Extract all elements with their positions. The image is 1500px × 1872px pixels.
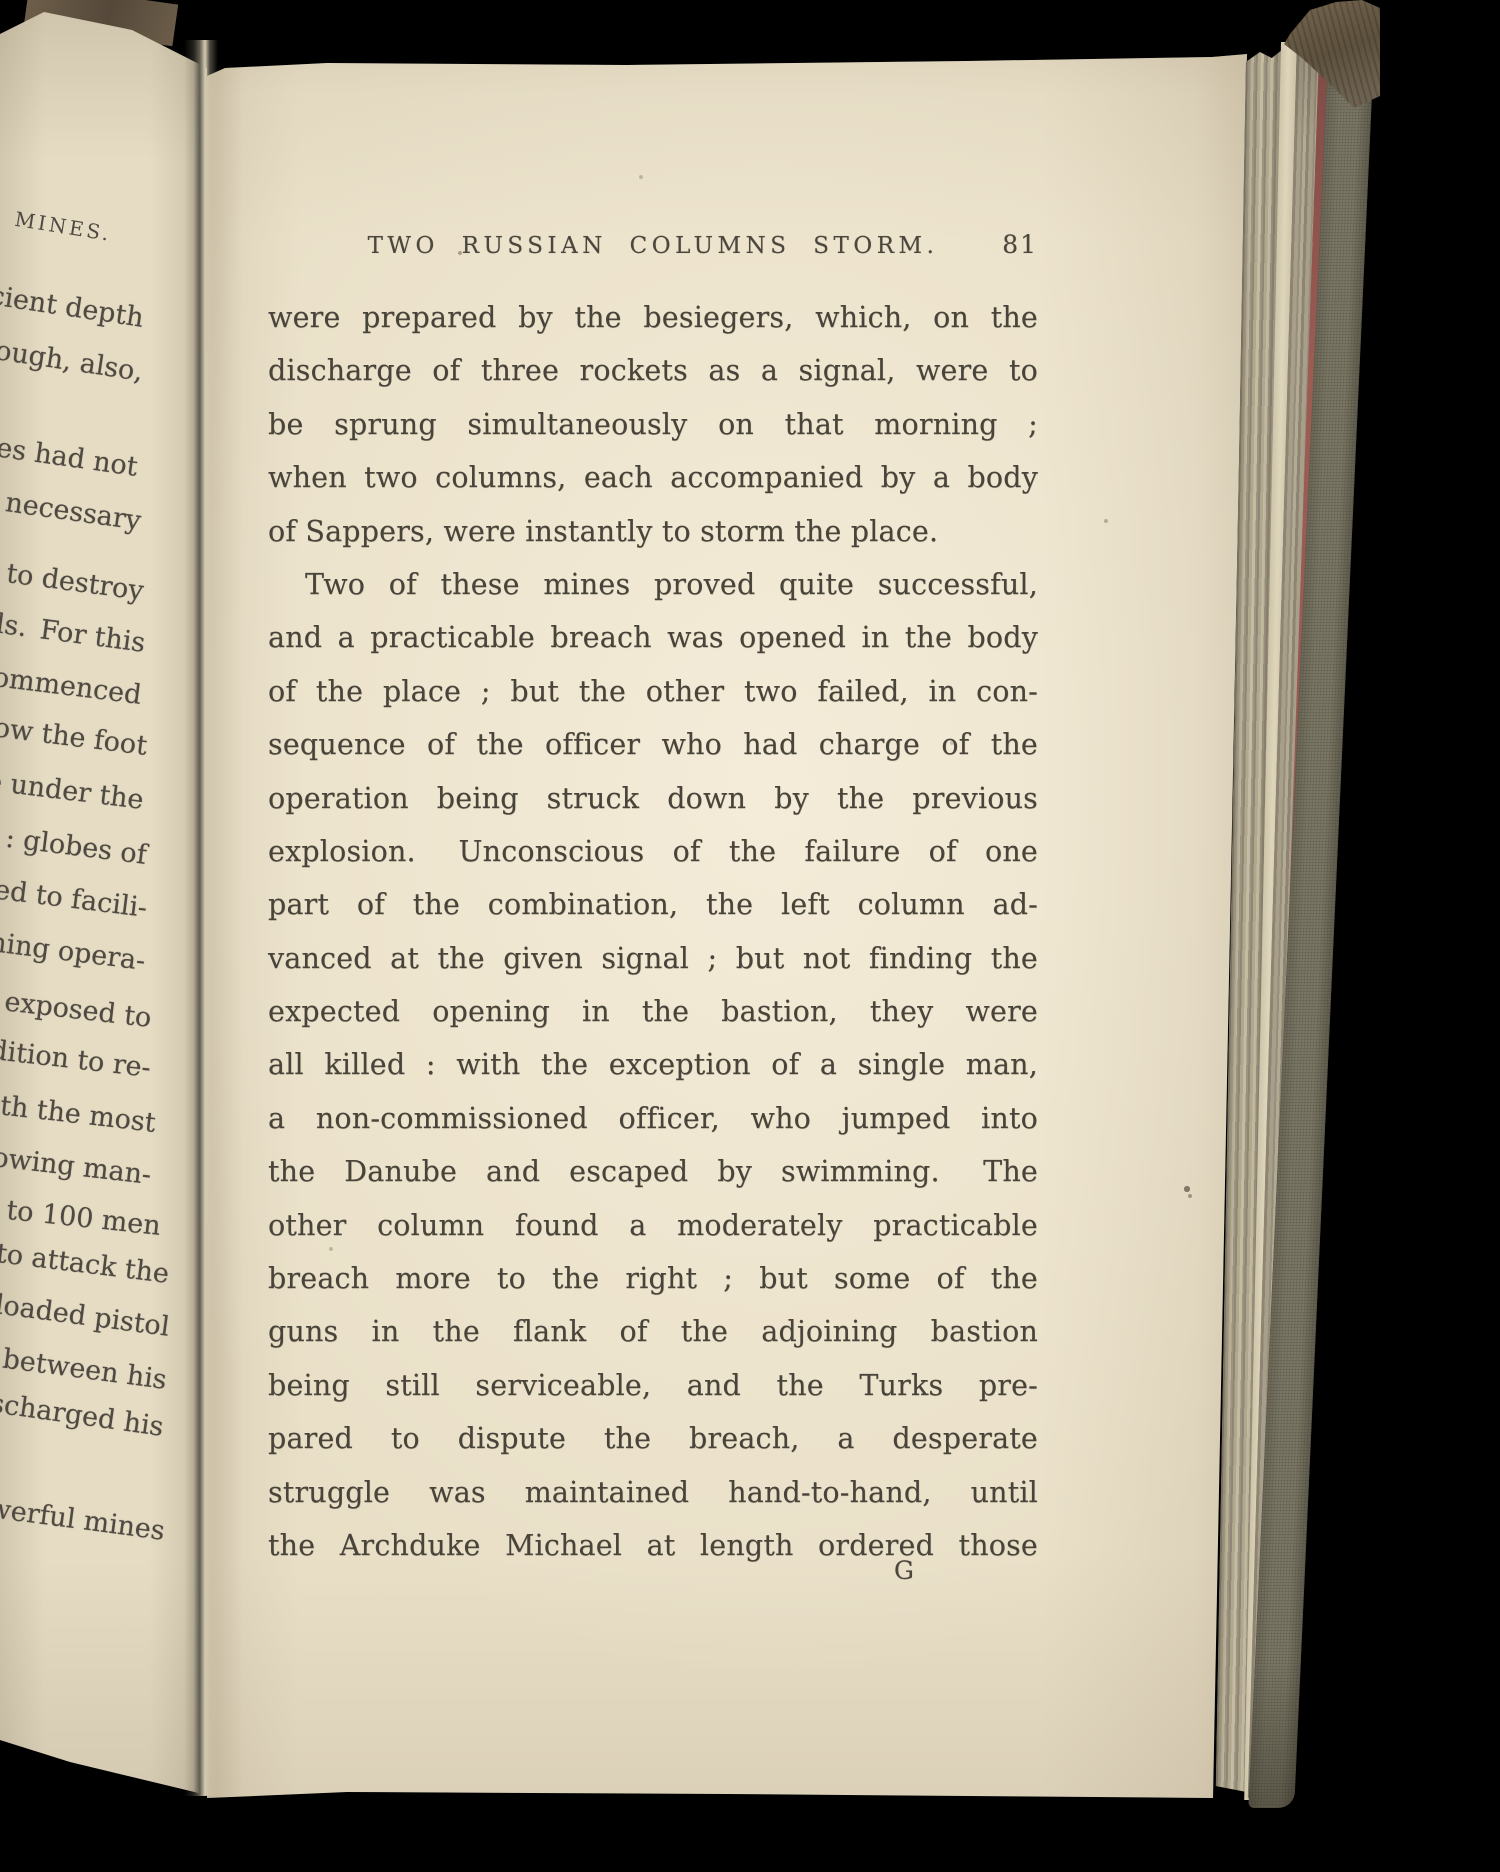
ink-specks: [0, 0, 2, 2]
left-page-line: discharged his: [0, 1384, 165, 1443]
left-page-line: ollowing man-: [0, 1138, 153, 1191]
body-text-line: struggle was maintained hand-to-hand, un…: [268, 1466, 1038, 1519]
left-page-line: ntly exposed to: [0, 980, 153, 1034]
body-text-line: part of the combination, the left column…: [268, 878, 1038, 931]
body-text-line: were prepared by the besiegers, which, o…: [268, 291, 1038, 344]
body-text-line: expected opening in the bastion, they we…: [268, 985, 1038, 1038]
body-text-line: and a practicable breach was opened in t…: [268, 611, 1038, 664]
running-header-title: TWO RUSSIAN COLUMNS STORM.: [268, 233, 1038, 259]
signature-mark: G: [884, 1556, 924, 1585]
left-page-line: sufficient depth: [0, 271, 145, 333]
body-text-line: being still serviceable, and the Turks p…: [268, 1359, 1038, 1412]
left-page-line: ce under the: [0, 764, 145, 816]
body-text-line: operation being struck down by the previ…: [268, 772, 1038, 825]
left-page-line: en commenced: [0, 655, 143, 711]
left-page-line: tteries had not: [0, 424, 139, 483]
body-text-line: all killed : with the exception of a sin…: [268, 1038, 1038, 1091]
left-page-line: a loaded pistol: [0, 1286, 171, 1343]
body-text-line: sequence of the officer who had charge o…: [268, 718, 1038, 771]
page-number: 81: [1002, 230, 1038, 259]
left-page-line: r between his: [0, 1341, 169, 1396]
body-text-line: of Sappers, were instantly to storm the …: [268, 505, 1038, 558]
left-page-line: came necessary: [0, 476, 143, 537]
body-text-line: of the place ; but the other two failed,…: [268, 665, 1038, 718]
left-page-line: alls. For this: [0, 605, 147, 659]
left-page: O MINES. sufficient depthe enough, also,…: [0, 0, 207, 1810]
body-text-line: when two columns, each accompanied by a …: [268, 451, 1038, 504]
body-text: were prepared by the besiegers, which, o…: [268, 291, 1038, 1572]
running-header: TWO RUSSIAN COLUMNS STORM. 81: [268, 233, 1038, 275]
left-page-line: h to attack the: [0, 1235, 171, 1290]
left-page-line: 0 to 100 men: [0, 1192, 163, 1242]
body-text-line: vanced at the given signal ; but not fin…: [268, 932, 1038, 985]
body-text-line: other column found a moderately practica…: [268, 1199, 1038, 1252]
left-page-line: powerful mines: [0, 1489, 167, 1547]
body-text-line: explosion. Unconscious of the failure of…: [268, 825, 1038, 878]
body-text-line: the Danube and escaped by swimming. The: [268, 1145, 1038, 1198]
book-photo: O MINES. sufficient depthe enough, also,…: [0, 0, 1500, 1872]
left-page-line: used to facili-: [0, 871, 149, 924]
body-text-line: be sprung simultaneously on that morning…: [268, 398, 1038, 451]
left-page-line: mining opera-: [0, 923, 147, 977]
left-page-line: ace : globes of: [0, 816, 149, 871]
body-text-line: Two of these mines proved quite successf…: [268, 558, 1038, 611]
body-text-line: pared to dispute the breach, a desperate: [268, 1412, 1038, 1465]
left-page-line: e enough, also,: [0, 327, 145, 388]
body-text-line: discharge of three rockets as a signal, …: [268, 344, 1038, 397]
left-page-text: sufficient depthe enough, also,tteries h…: [0, 0, 207, 1810]
body-text-line: breach more to the right ; but some of t…: [268, 1252, 1038, 1305]
left-page-line: addition to re-: [0, 1031, 153, 1084]
body-text-line: guns in the flank of the adjoining basti…: [268, 1305, 1038, 1358]
gutter-shadow: [184, 40, 218, 1796]
body-text-line: a non-commissioned officer, who jumped i…: [268, 1092, 1038, 1145]
left-page-line: below the foot: [0, 707, 149, 762]
left-page-line: nes, to destroy: [0, 550, 145, 607]
left-page-line: e with the most: [0, 1084, 157, 1139]
